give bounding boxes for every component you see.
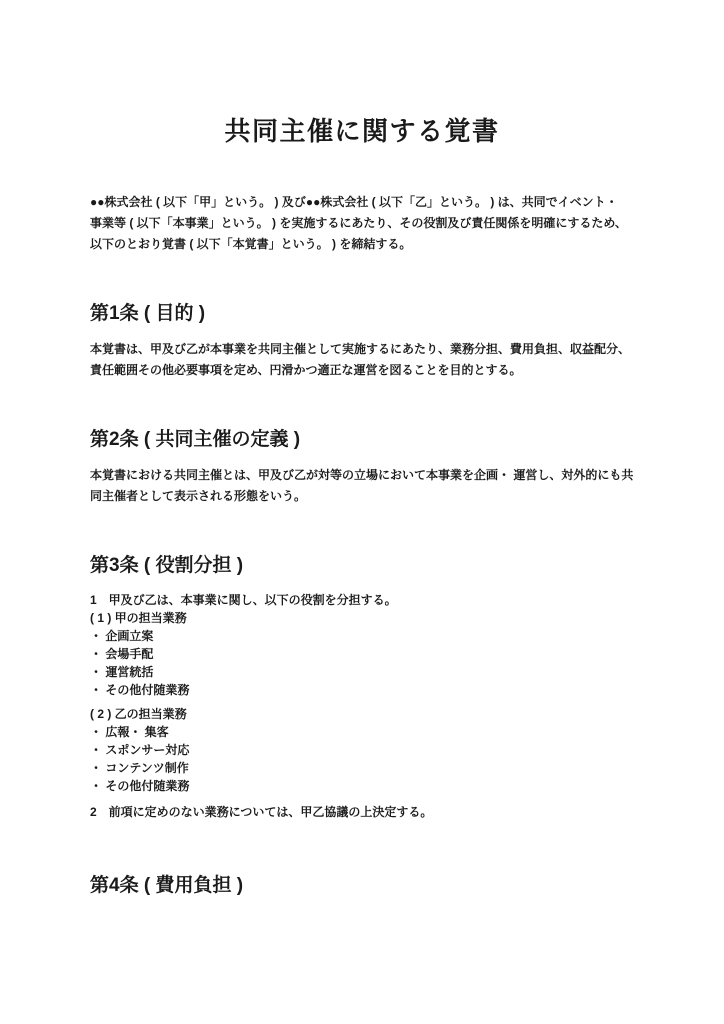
clause-2: 2 前項に定めのない業務については、甲乙協議の上決定する。 (90, 803, 634, 821)
intro-line: 以下のとおり覚書 ( 以下「本覚書」という。 ) を締結する。 (90, 234, 634, 255)
document-page: 共同主催に関する覚書 ●●株式会社 ( 以下「甲」という。 ) 及び●●株式会社… (0, 0, 724, 1024)
body-line: 本覚書における共同主催とは、甲及び乙が対等の立場において本事業を企画・ 運営し、… (90, 465, 634, 486)
party-b-label: ( 2 ) 乙の担当業務 (90, 705, 634, 723)
section-1-heading: 第1条 ( 目的 ) (90, 301, 634, 327)
section-2-body: 本覚書における共同主催とは、甲及び乙が対等の立場において本事業を企画・ 運営し、… (90, 465, 634, 507)
section-3-body: 1 甲及び乙は、本事業に関し、以下の役割を分担する。 ( 1 ) 甲の担当業務 … (90, 591, 634, 821)
list-item: ・ その他付随業務 (90, 681, 634, 699)
body-line: 同主催者として表示される形態をいう。 (90, 486, 634, 507)
list-item: ・ スポンサー対応 (90, 741, 634, 759)
list-item: ・ その他付随業務 (90, 777, 634, 795)
section-3-heading: 第3条 ( 役割分担 ) (90, 553, 634, 579)
list-item: ・ 運営統括 (90, 663, 634, 681)
section-4-heading: 第4条 ( 費用負担 ) (90, 873, 634, 899)
body-line: 責任範囲その他必要事項を定め、円滑かつ適正な運営を図ることを目的とする。 (90, 360, 634, 381)
body-line: 本覚書は、甲及び乙が本事業を共同主催として実施するにあたり、業務分担、費用負担、… (90, 339, 634, 360)
section-2-heading: 第2条 ( 共同主催の定義 ) (90, 427, 634, 453)
section-1-body: 本覚書は、甲及び乙が本事業を共同主催として実施するにあたり、業務分担、費用負担、… (90, 339, 634, 381)
intro-paragraph: ●●株式会社 ( 以下「甲」という。 ) 及び●●株式会社 ( 以下「乙」という… (90, 192, 634, 255)
clause-1: 1 甲及び乙は、本事業に関し、以下の役割を分担する。 (90, 591, 634, 609)
list-item: ・ 会場手配 (90, 645, 634, 663)
list-item: ・ 広報・ 集客 (90, 723, 634, 741)
intro-line: 事業等 ( 以下「本事業」という。 ) を実施するにあたり、その役割及び責任関係… (90, 213, 634, 234)
list-item: ・ 企画立案 (90, 627, 634, 645)
intro-line: ●●株式会社 ( 以下「甲」という。 ) 及び●●株式会社 ( 以下「乙」という… (90, 192, 634, 213)
party-a-label: ( 1 ) 甲の担当業務 (90, 609, 634, 627)
document-title: 共同主催に関する覚書 (90, 114, 634, 148)
list-item: ・ コンテンツ制作 (90, 759, 634, 777)
